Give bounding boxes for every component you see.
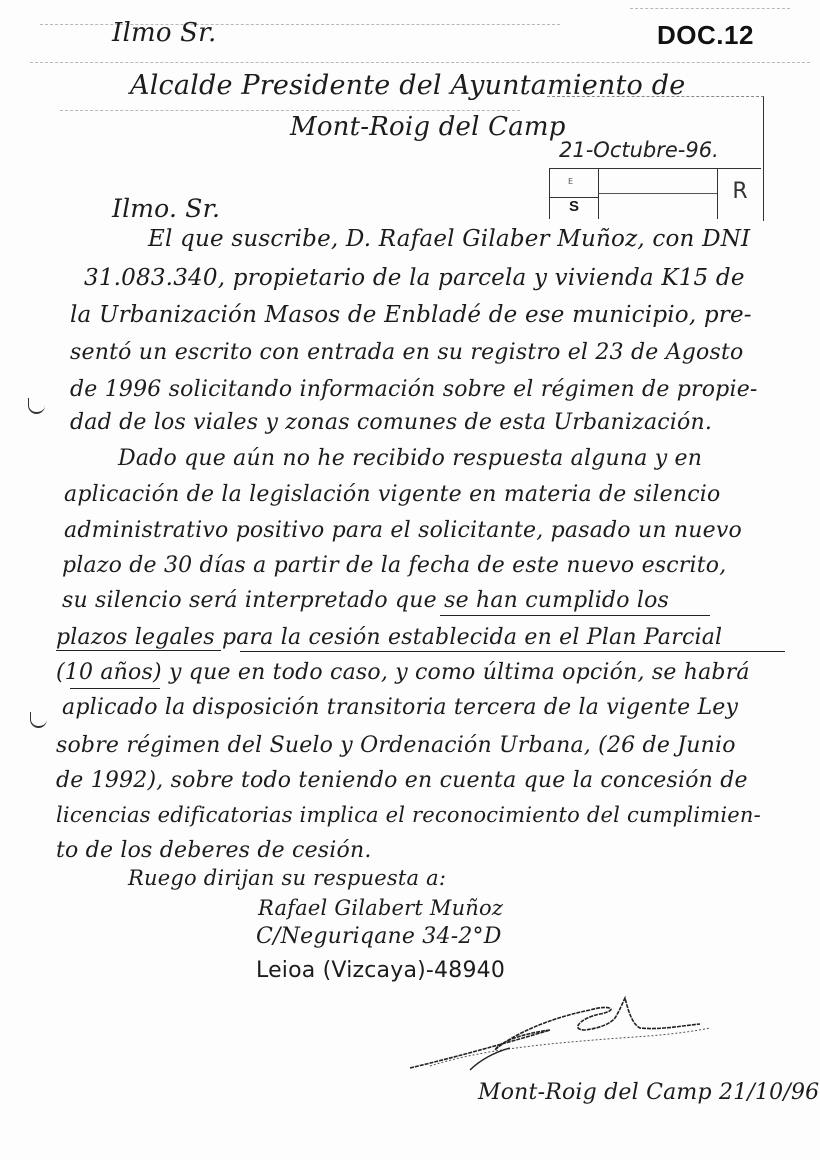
- underline-mark: [56, 650, 221, 651]
- sender-name: Rafael Gilabert Muñoz: [258, 896, 503, 920]
- body-line: to de los deberes de cesión.: [56, 838, 372, 863]
- body-line: dad de los viales y zonas comunes de est…: [70, 410, 712, 435]
- body-line: licencias edificatorias implica el recon…: [56, 803, 761, 827]
- body-line: administrativo positivo para el solicita…: [64, 518, 742, 543]
- body-line: (10 años) y que en todo caso, y como últ…: [56, 660, 750, 685]
- body-line: plazos legales para la cesión establecid…: [56, 625, 722, 650]
- margin-check-mark: [28, 398, 45, 414]
- body-line: de 1992), sobre todo teniendo en cuenta …: [56, 768, 748, 793]
- document-number-label: DOC.12: [657, 20, 754, 51]
- scan-artifact-line: [630, 8, 790, 9]
- stamp-date: 21-Octubre-96.: [559, 138, 719, 162]
- body-line: 31.083.340, propietario de la parcela y …: [84, 265, 745, 291]
- underline-mark: [440, 615, 710, 616]
- body-line: aplicado la disposición transitoria terc…: [62, 695, 738, 720]
- stamp-grid: E S R: [549, 168, 761, 221]
- place-and-date: Mont-Roig del Camp 21/10/96: [478, 1080, 819, 1105]
- recipient-line-2: Mont-Roig del Camp: [290, 112, 566, 142]
- underline-mark: [70, 688, 160, 689]
- signature-scribble: [400, 990, 740, 1080]
- body-line: plazo de 30 días a partir de la fecha de…: [62, 553, 726, 578]
- body-line: Dado que aún no he recibido respuesta al…: [118, 446, 702, 471]
- scan-artifact-line: [30, 62, 810, 63]
- sender-street: C/Neguriqane 34-2°D: [256, 924, 502, 949]
- body-line: El que suscribe, D. Rafael Gilaber Muñoz…: [148, 226, 750, 252]
- stamp-cell-s: E S: [549, 169, 599, 219]
- underline-mark: [240, 651, 785, 652]
- body-line: aplicación de la legislación vigente en …: [64, 482, 720, 507]
- sender-city: Leioa (Vizcaya)-48940: [256, 958, 505, 983]
- body-line: sentó un escrito con entrada en su regis…: [70, 340, 743, 365]
- stamp-cell-s-text: S: [550, 197, 598, 215]
- body-line: sobre régimen del Suelo y Ordenación Urb…: [56, 733, 736, 758]
- body-line: de 1996 solicitando información sobre el…: [70, 377, 758, 402]
- stamp-cell-small-text: E: [568, 177, 573, 186]
- scan-artifact-line: [60, 110, 520, 111]
- body-line: su silencio será interpretado que se han…: [62, 588, 669, 613]
- body-line: la Urbanización Masos de Enbladé de ese …: [70, 302, 752, 328]
- scanned-letter-page: DOC.12 Ilmo Sr. Alcalde Presidente del A…: [0, 0, 820, 1160]
- stamp-cell-line: [599, 193, 717, 194]
- salutation: Ilmo. Sr.: [112, 194, 220, 223]
- closing-line: Ruego dirijan su respuesta a:: [128, 866, 446, 890]
- registry-stamp: 21-Octubre-96. E S R: [547, 96, 765, 222]
- stamp-cell-r: R: [717, 169, 762, 219]
- margin-check-mark: [30, 712, 47, 728]
- salutation-top: Ilmo Sr.: [112, 18, 216, 48]
